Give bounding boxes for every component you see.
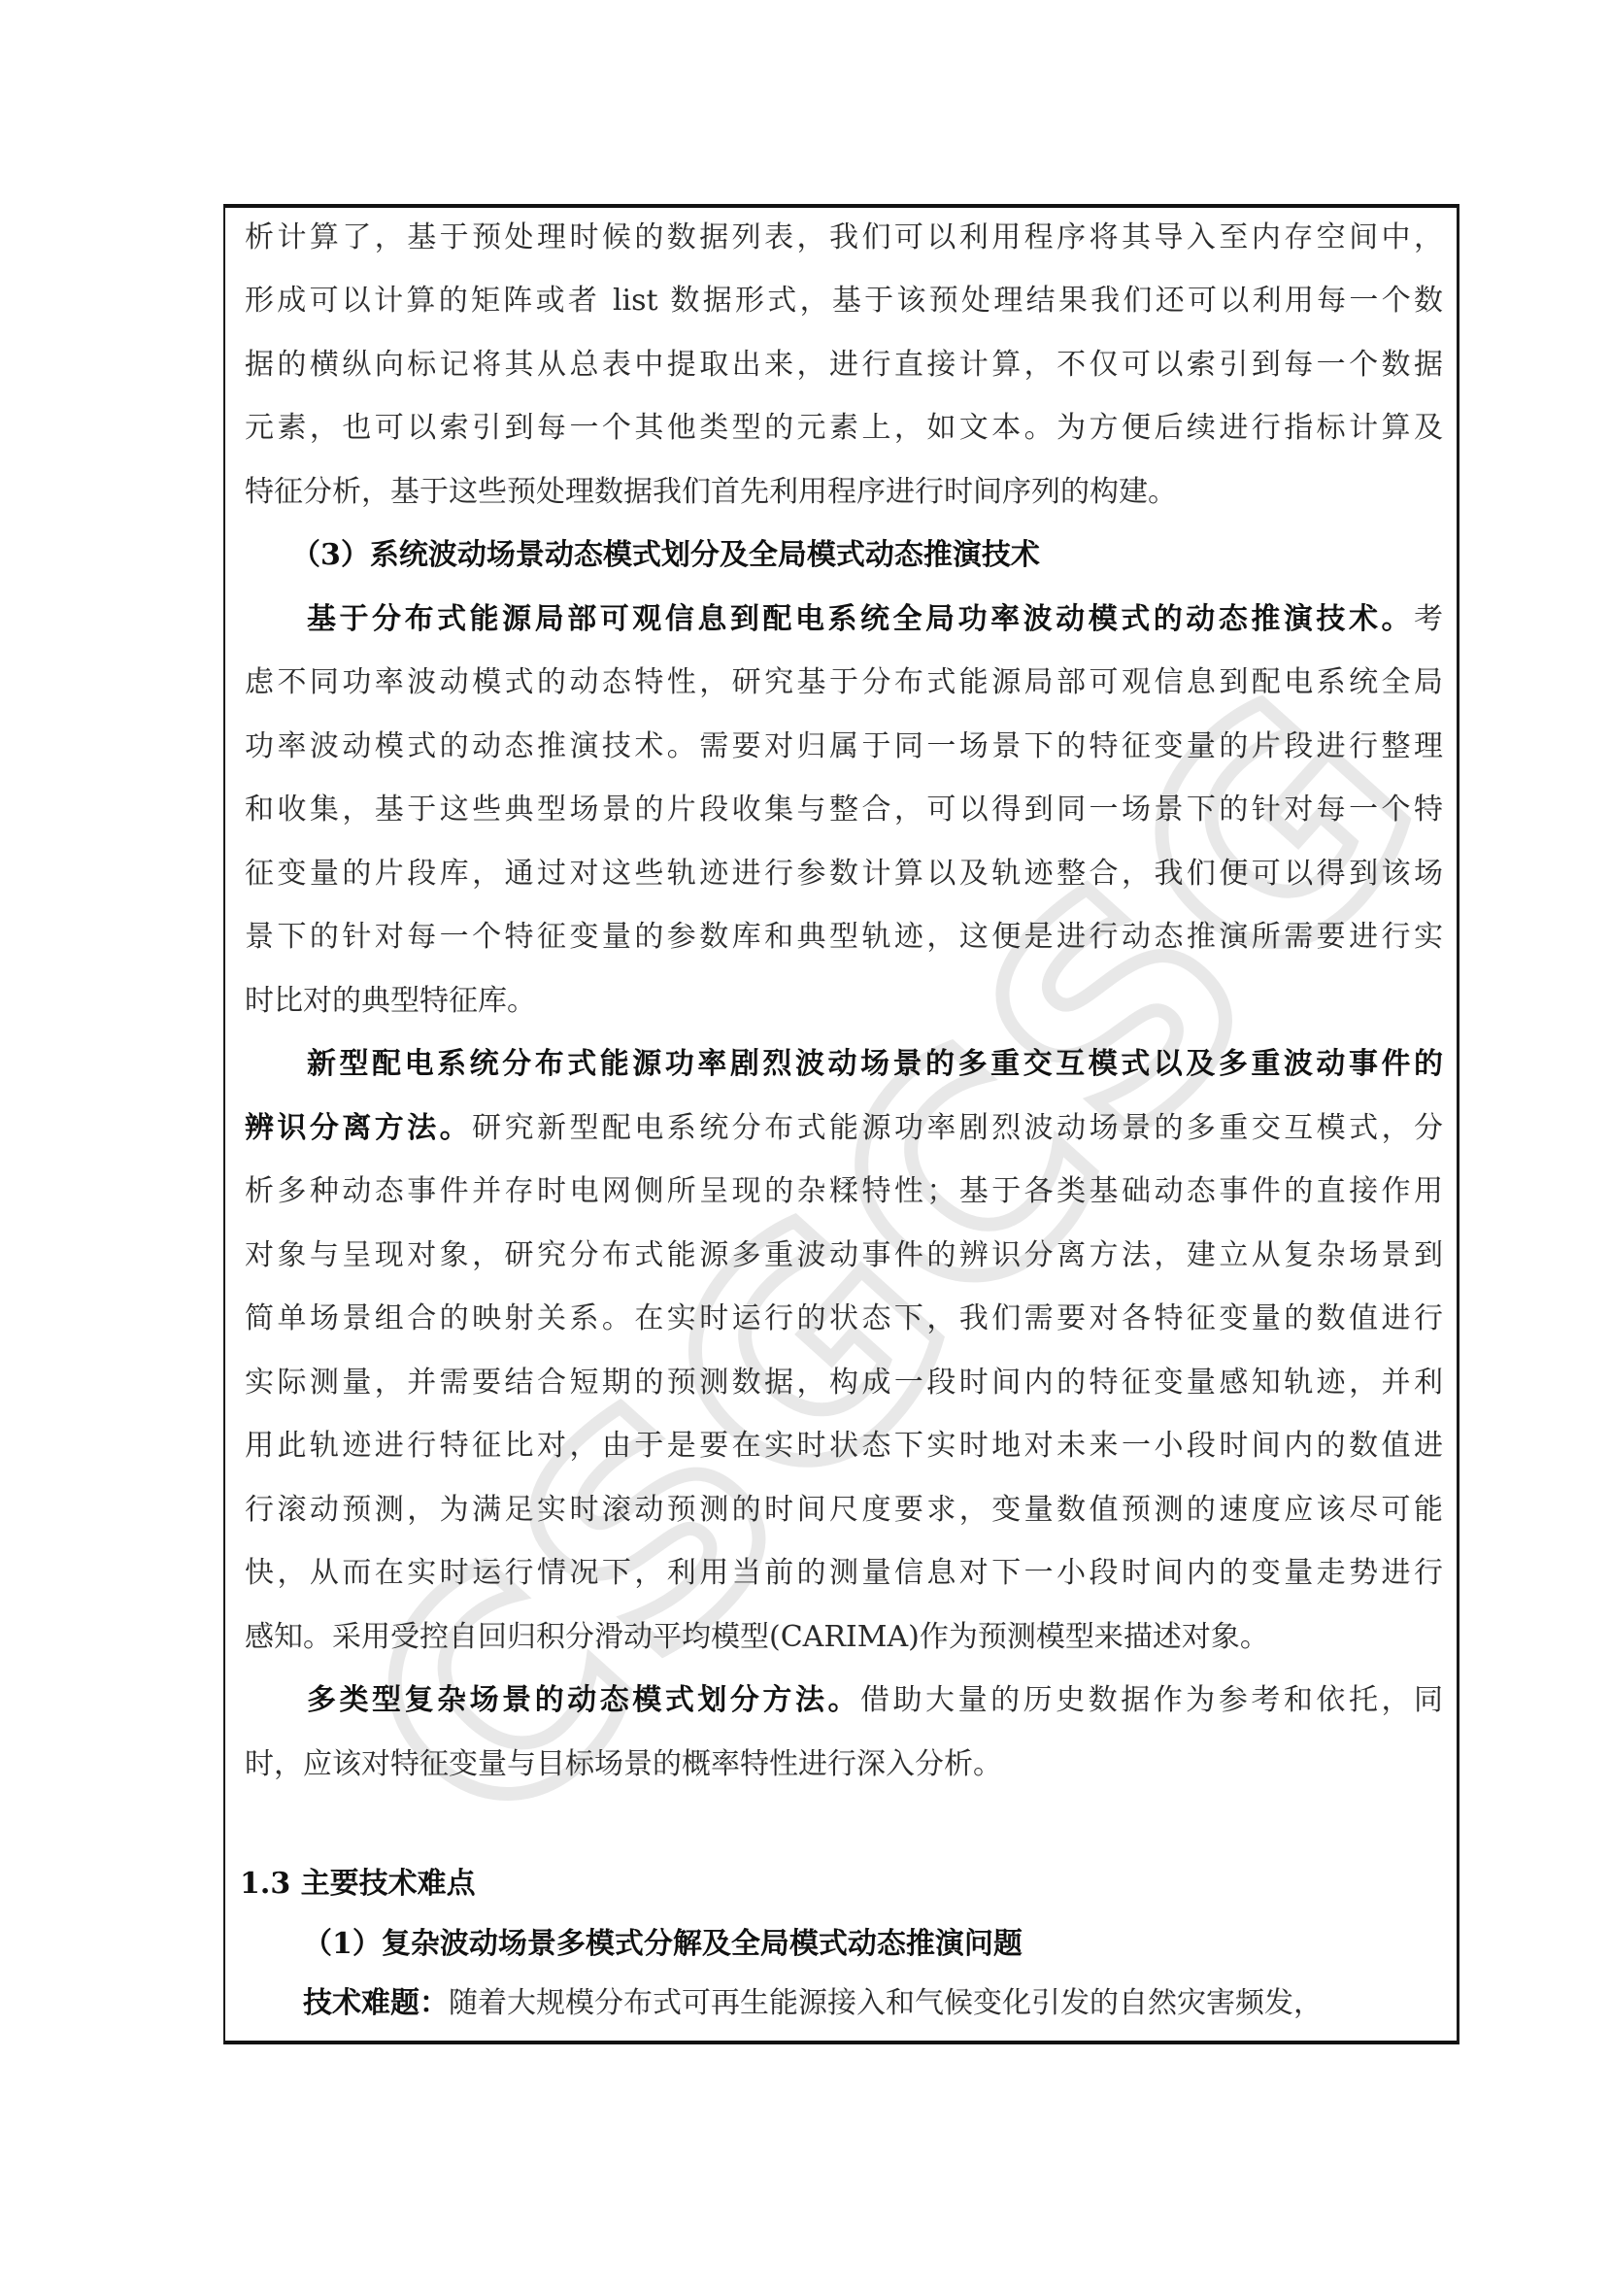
- body-line: 简单场景组合的映射关系。在实时运行的状态下，我们需要对各特征变量的数值进行: [245, 1300, 1443, 1338]
- lead-tail: 借助大量的历史数据作为参考和依托，同: [860, 1683, 1443, 1717]
- body-line: 实际测量，并需要结合短期的预测数据，构成一段时间内的特征变量感知轨迹，并利: [245, 1364, 1443, 1402]
- body-line: 形成可以计算的矩阵或者 list 数据形式，基于该预处理结果我们还可以利用每一个…: [245, 282, 1443, 321]
- paragraph-first-line: 多类型复杂场景的动态模式划分方法。借助大量的历史数据作为参考和依托，同: [307, 1681, 1443, 1720]
- body-line: 特征分析，基于这些预处理数据我们首先利用程序进行时间序列的构建。: [245, 473, 1443, 512]
- lead-tail: 考: [1414, 602, 1443, 636]
- paragraph-line: 辨识分离方法。研究新型配电系统分布式能源功率剧烈波动场景的多重交互模式，分: [245, 1109, 1443, 1148]
- body-line: 元素，也可以索引到每一个其他类型的元素上，如文本。为方便后续进行指标计算及: [245, 409, 1443, 448]
- body-line: 据的横纵向标记将其从总表中提取出来，进行直接计算，不仅可以索引到每一个数据: [245, 346, 1443, 385]
- body-line: 和收集，基于这些典型场景的片段收集与整合，可以得到同一场景下的针对每一个特: [245, 791, 1443, 829]
- body-line: 对象与呈现对象，研究分布式能源多重波动事件的辨识分离方法，建立从复杂场景到: [245, 1236, 1443, 1275]
- body-line: 时，应该对特征变量与目标场景的概率特性进行深入分析。: [245, 1745, 1443, 1784]
- body-line: 行滚动预测，为满足实时滚动预测的时间尺度要求，变量数值预测的速度应该尽可能: [245, 1491, 1443, 1530]
- subsection-heading: （3）系统波动场景动态模式划分及全局模式动态推演技术: [291, 536, 1040, 575]
- body-line: 感知。采用受控自回归积分滑动平均模型(CARIMA)作为预测模型来描述对象。: [245, 1618, 1443, 1657]
- bold-lead: 多类型复杂场景的动态模式划分方法。: [307, 1683, 860, 1717]
- body-line: 析计算了，基于预处理时候的数据列表，我们可以利用程序将其导入至内存空间中，: [245, 219, 1443, 257]
- subsection-heading: （1）复杂波动场景多模式分解及全局模式动态推演问题: [303, 1925, 1023, 1964]
- bold-title-line: 新型配电系统分布式能源功率剧烈波动场景的多重交互模式以及多重波动事件的: [307, 1045, 1443, 1084]
- difficulty-line: 技术难题：随着大规模分布式可再生能源接入和气候变化引发的自然灾害频发，: [303, 1984, 1439, 2023]
- body-line: 析多种动态事件并存时电网侧所呈现的杂糅特性；基于各类基础动态事件的直接作用: [245, 1172, 1443, 1211]
- bold-lead: 辨识分离方法。: [245, 1111, 472, 1145]
- body-line: 功率波动模式的动态推演技术。需要对归属于同一场景下的特征变量的片段进行整理: [245, 727, 1443, 766]
- difficulty-label: 技术难题：: [303, 1986, 449, 2020]
- body-line: 景下的针对每一个特征变量的参数库和典型轨迹，这便是进行动态推演所需要进行实: [245, 918, 1443, 957]
- section-heading: 1.3 主要技术难点: [240, 1865, 476, 1904]
- body-line: 虑不同功率波动模式的动态特性，研究基于分布式能源局部可观信息到配电系统全局: [245, 663, 1443, 702]
- body-line: 快，从而在实时运行情况下，利用当前的测量信息对下一小段时间内的变量走势进行: [245, 1554, 1443, 1593]
- body-line: 时比对的典型特征库。: [245, 982, 1443, 1021]
- paragraph-first-line: 基于分布式能源局部可观信息到配电系统全局功率波动模式的动态推演技术。考: [307, 600, 1443, 639]
- body-line: 用此轨迹进行特征比对，由于是要在实时状态下实时地对未来一小段时间内的数值进: [245, 1427, 1443, 1466]
- body-line: 征变量的片段库，通过对这些轨迹进行参数计算以及轨迹整合，我们便可以得到该场: [245, 855, 1443, 894]
- bold-lead: 基于分布式能源局部可观信息到配电系统全局功率波动模式的动态推演技术。: [307, 602, 1414, 636]
- difficulty-text: 随着大规模分布式可再生能源接入和气候变化引发的自然灾害频发，: [449, 1986, 1323, 2020]
- lead-tail: 研究新型配电系统分布式能源功率剧烈波动场景的多重交互模式，分: [472, 1111, 1443, 1145]
